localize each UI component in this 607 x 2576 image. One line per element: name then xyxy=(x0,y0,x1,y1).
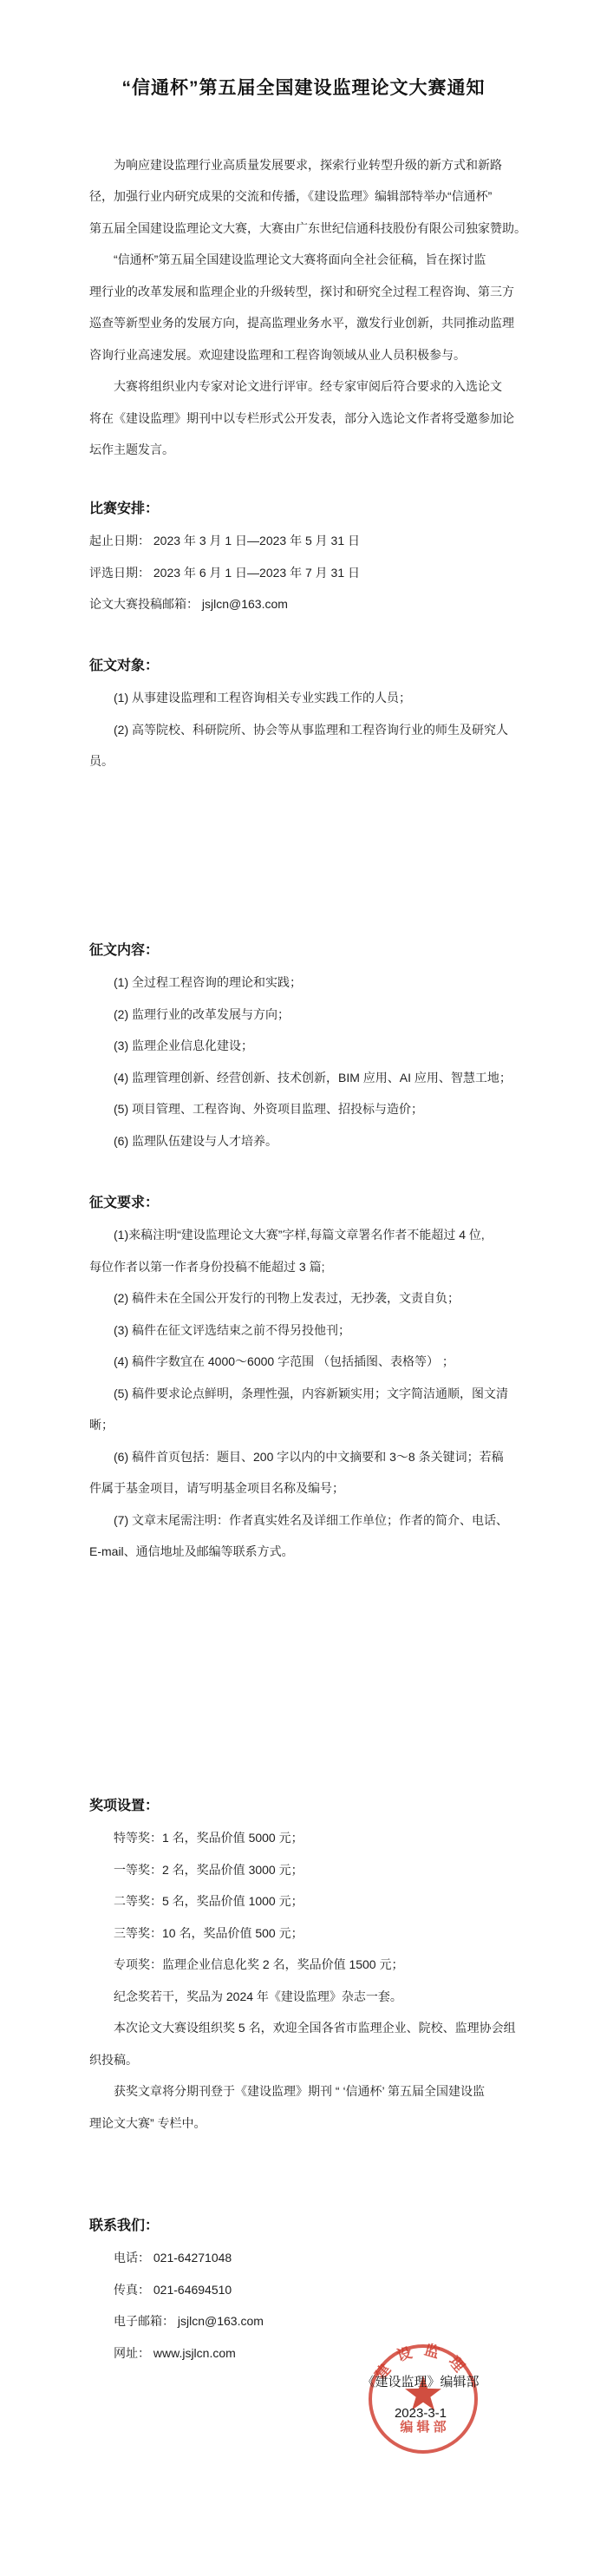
section-heading-objects: 征文对象： xyxy=(89,651,523,682)
audience-item-continuation: 员。 xyxy=(89,745,523,777)
arrangement-section: 比赛安排： 起止日期： 2023 年 3 月 1 日—2023 年 5 月 31… xyxy=(89,494,523,620)
intro-p1-line: 径，加强行业内研究成果的交流和传播，《建设监理》编辑部特举办“信通杯” xyxy=(89,180,523,212)
selection-date: 评选日期： 2023 年 6 月 1 日—2023 年 7 月 31 日 xyxy=(89,557,523,588)
section-heading-arrangement: 比赛安排： xyxy=(89,494,523,525)
award-publication-note-continuation: 理论文大赛” 专栏中。 xyxy=(89,2107,523,2139)
requirement-item-continuation: 每位作者以第一作者身份投稿不能超过 3 篇; xyxy=(89,1251,523,1282)
intro-p2-line: 巡查等新型业务的发展方向，提高监理业务水平，激发行业创新，共同推动监理 xyxy=(89,307,523,338)
intro-p2-line: “信通杯”第五届全国建设监理论文大赛将面向全社会征稿，旨在探讨监 xyxy=(89,244,523,275)
audience-item: (1) 从事建设监理和工程咨询相关专业实践工作的人员； xyxy=(89,682,523,713)
requirement-item: (6) 稿件首页包括：题目、200 字以内的中文摘要和 3～8 条关键词；若稿 xyxy=(89,1441,523,1472)
topic-item: (6) 监理队伍建设与人才培养。 xyxy=(89,1125,523,1157)
requirement-item: (5) 稿件要求论点鲜明，条理性强，内容新颖实用；文字简洁通顺，图文清 xyxy=(89,1378,523,1409)
awards-section: 奖项设置： 特等奖：1 名，奖品价值 5000 元； 一等奖：2 名，奖品价值 … xyxy=(89,1791,523,2139)
page-title: “信通杯”第五届全国建设监理论文大赛通知 xyxy=(0,73,607,104)
award-organization-note: 本次论文大赛设组织奖 5 名，欢迎全国各省市监理企业、院校、监理协会组 xyxy=(89,2012,523,2043)
requirements-section: 征文要求： (1)来稿注明“建设监理论文大赛”字样,每篇文章署名作者不能超过 4… xyxy=(89,1188,523,1567)
submission-email: 论文大赛投稿邮箱： jsjlcn@163.com xyxy=(89,588,523,619)
award-special-prize: 专项奖：监理企业信息化奖 2 名，奖品价值 1500 元； xyxy=(89,1949,523,1980)
contact-email: 电子邮箱： jsjlcn@163.com xyxy=(89,2305,523,2337)
requirement-item: (4) 稿件字数宜在 4000～6000 字范围 （包括插图、表格等） ； xyxy=(89,1346,523,1377)
topics-section: 征文内容： (1) 全过程工程咨询的理论和实践； (2) 监理行业的改革发展与方… xyxy=(89,935,523,1157)
topic-item: (3) 监理企业信息化建设； xyxy=(89,1030,523,1061)
section-heading-contents: 征文内容： xyxy=(89,935,523,967)
requirement-item: (7) 文章末尾需注明：作者真实姓名及详细工作单位；作者的简介、电话、 xyxy=(89,1504,523,1536)
signature-date: 2023-3-1 xyxy=(343,2398,499,2429)
award-grand-prize: 特等奖：1 名，奖品价值 5000 元； xyxy=(89,1822,523,1853)
signature-org: 《建设监理》编辑部 xyxy=(343,2367,499,2398)
intro-p1-line: 为响应建设监理行业高质量发展要求，探索行业转型升级的新方式和新路 xyxy=(89,149,523,180)
section-heading-awards: 奖项设置： xyxy=(89,1791,523,1822)
intro-p2-line: 理行业的改革发展和监理企业的升级转型，探讨和研究全过程工程咨询、第三方 xyxy=(89,276,523,307)
requirement-item: (1)来稿注明“建设监理论文大赛”字样,每篇文章署名作者不能超过 4 位, xyxy=(89,1219,523,1250)
contact-fax: 传真： 021-64694510 xyxy=(89,2274,523,2305)
signature-block: 《建设监理》编辑部 2023-3-1 xyxy=(343,2367,499,2430)
requirement-item: (2) 稿件未在全国公开发行的刊物上发表过，无抄袭，文责自负； xyxy=(89,1282,523,1314)
requirement-item-continuation: 晰； xyxy=(89,1409,523,1440)
section-heading-contact: 联系我们： xyxy=(89,2211,523,2242)
intro-section: 为响应建设监理行业高质量发展要求，探索行业转型升级的新方式和新路 径，加强行业内… xyxy=(89,149,523,466)
topic-item: (4) 监理管理创新、经营创新、技术创新，BIM 应用、AI 应用、智慧工地； xyxy=(89,1062,523,1093)
document-page: “信通杯”第五届全国建设监理论文大赛通知 为响应建设监理行业高质量发展要求，探索… xyxy=(0,0,607,2576)
intro-p3-line: 将在《建设监理》期刊中以专栏形式公开发表，部分入选论文作者将受邀参加论 xyxy=(89,403,523,434)
target-audience-section: 征文对象： (1) 从事建设监理和工程咨询相关专业实践工作的人员； (2) 高等… xyxy=(89,651,523,777)
requirement-item-continuation: E-mail、通信地址及邮编等联系方式。 xyxy=(89,1536,523,1567)
award-first-prize: 一等奖：2 名，奖品价值 3000 元； xyxy=(89,1854,523,1885)
section-heading-requirements: 征文要求： xyxy=(89,1188,523,1219)
requirement-item-continuation: 件属于基金项目，请写明基金项目名称及编号； xyxy=(89,1472,523,1504)
award-publication-note: 获奖文章将分期刊登于《建设监理》期刊 “ ‘信通杯’ 第五届全国建设监 xyxy=(89,2075,523,2107)
start-end-date: 起止日期： 2023 年 3 月 1 日—2023 年 5 月 31 日 xyxy=(89,525,523,556)
award-organization-note-continuation: 织投稿。 xyxy=(89,2044,523,2075)
topic-item: (1) 全过程工程咨询的理论和实践； xyxy=(89,967,523,998)
topic-item: (5) 项目管理、工程咨询、外资项目监理、招投标与造价； xyxy=(89,1093,523,1124)
intro-p2-line: 咨询行业高速发展。欢迎建设监理和工程咨询领域从业人员积极参与。 xyxy=(89,339,523,370)
intro-p3-line: 大赛将组织业内专家对论文进行评审。经专家审阅后符合要求的入选论文 xyxy=(89,370,523,402)
intro-p3-line: 坛作主题发言。 xyxy=(89,434,523,465)
intro-p1-line: 第五届全国建设监理论文大赛，大赛由广东世纪信通科技股份有限公司独家赞助。 xyxy=(89,213,523,244)
requirement-item: (3) 稿件在征文评选结束之前不得另投他刊； xyxy=(89,1314,523,1346)
award-second-prize: 二等奖：5 名，奖品价值 1000 元； xyxy=(89,1885,523,1917)
topic-item: (2) 监理行业的改革发展与方向； xyxy=(89,999,523,1030)
award-souvenir-prize: 纪念奖若干，奖品为 2024 年《建设监理》杂志一套。 xyxy=(89,1981,523,2012)
audience-item: (2) 高等院校、科研院所、协会等从事监理和工程咨询行业的师生及研究人 xyxy=(89,714,523,745)
award-third-prize: 三等奖：10 名，奖品价值 500 元； xyxy=(89,1917,523,1949)
contact-phone: 电话： 021-64271048 xyxy=(89,2242,523,2273)
